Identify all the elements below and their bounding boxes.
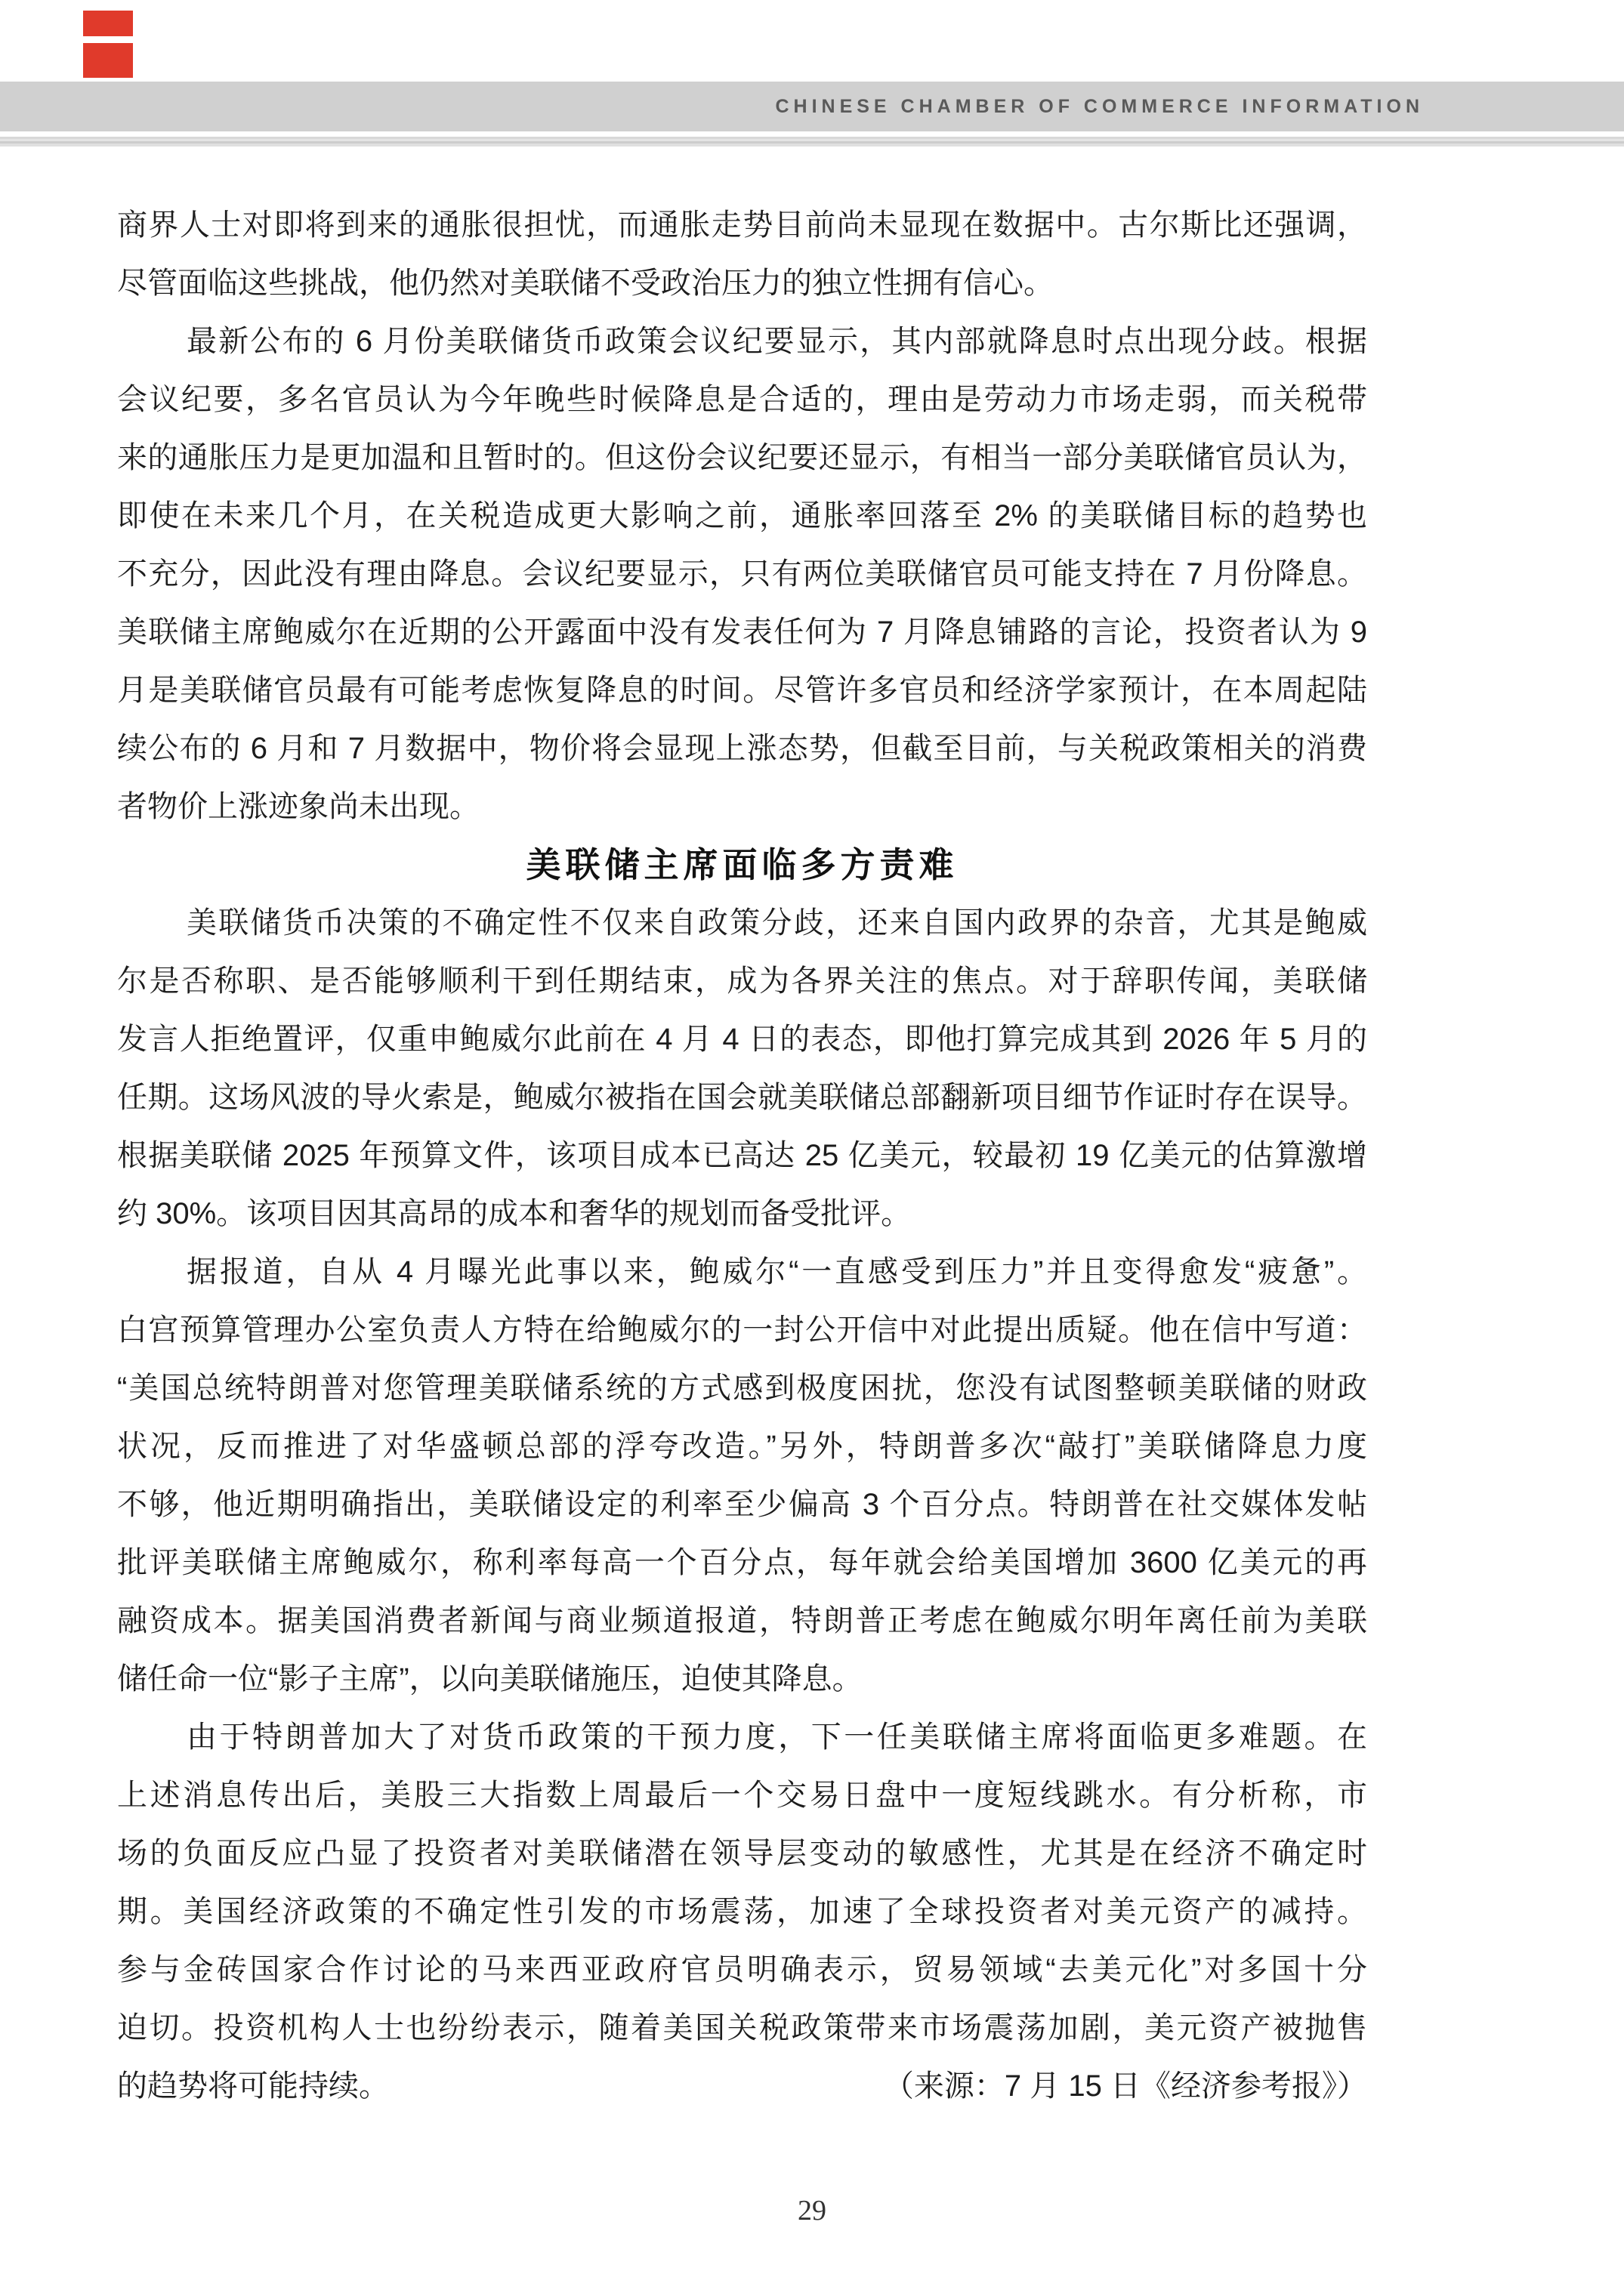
body-line: 尽管面临这些挑战，他仍然对美联储不受政治压力的独立性拥有信心。 xyxy=(117,255,1367,313)
header-banner-text: CHINESE CHAMBER OF COMMERCE INFORMATION xyxy=(775,82,1424,131)
body-line: 场的负面反应凸显了投资者对美联储潜在领导层变动的敏感性，尤其是在经济不确定时 xyxy=(117,1825,1367,1883)
body-line: 最新公布的 6 月份美联储货币政策会议纪要显示，其内部就降息时点出现分歧。根据 xyxy=(117,313,1367,371)
body-line: 不够，他近期明确指出，美联储设定的利率至少偏高 3 个百分点。特朗普在社交媒体发… xyxy=(117,1476,1367,1534)
page-number: 29 xyxy=(0,2194,1624,2227)
body-line: “美国总统特朗普对您管理美联储系统的方式感到极度困扰，您没有试图整顿美联储的财政 xyxy=(117,1359,1367,1418)
closing-text: 的趋势将可能持续。 xyxy=(117,2057,389,2116)
body-line: 发言人拒绝置评，仅重申鲍威尔此前在 4 月 4 日的表态，即他打算完成其到 20… xyxy=(117,1011,1367,1069)
header-banner-bar: CHINESE CHAMBER OF COMMERCE INFORMATION xyxy=(0,82,1624,131)
red-logo-mark-top xyxy=(83,11,133,36)
article-body: 商界人士对即将到来的通胀很担忧，而通胀走势目前尚未显现在数据中。古尔斯比还强调，… xyxy=(117,196,1367,2057)
body-line: 参与金砖国家合作讨论的马来西亚政府官员明确表示，贸易领域“去美元化”对多国十分 xyxy=(117,1941,1367,1999)
body-line: 任期。这场风波的导火索是，鲍威尔被指在国会就美联储总部翻新项目细节作证时存在误导… xyxy=(117,1069,1367,1127)
body-line: 状况，反而推进了对华盛顿总部的浮夸改造。”另外，特朗普多次“敲打”美联储降息力度 xyxy=(117,1418,1367,1476)
body-line: 批评美联储主席鲍威尔，称利率每高一个百分点，每年就会给美国增加 3600 亿美元… xyxy=(117,1534,1367,1592)
body-line: 续公布的 6 月和 7 月数据中，物价将会显现上涨态势，但截至目前，与关税政策相… xyxy=(117,720,1367,778)
body-line: 根据美联储 2025 年预算文件，该项目成本已高达 25 亿美元，较最初 19 … xyxy=(117,1127,1367,1185)
body-line: 据报道，自从 4 月曝光此事以来，鲍威尔“一直感受到压力”并且变得愈发“疲惫”。 xyxy=(117,1243,1367,1301)
source-attribution: （来源：7 月 15 日《经济参考报》） xyxy=(884,2057,1367,2116)
red-logo-mark-bottom xyxy=(83,43,133,78)
body-line: 尔是否称职、是否能够顺利干到任期结束，成为各界关注的焦点。对于辞职传闻，美联储 xyxy=(117,952,1367,1011)
body-line: 期。美国经济政策的不确定性引发的市场震荡，加速了全球投资者对美元资产的减持。 xyxy=(117,1883,1367,1941)
body-line: 者物价上涨迹象尚未出现。 xyxy=(117,778,1367,836)
body-line: 来的通胀压力是更加温和且暂时的。但这份会议纪要还显示，有相当一部分美联储官员认为… xyxy=(117,429,1367,487)
article-column: 商界人士对即将到来的通胀很担忧，而通胀走势目前尚未显现在数据中。古尔斯比还强调，… xyxy=(117,196,1367,2116)
body-line: 不充分，因此没有理由降息。会议纪要显示，只有两位美联储官员可能支持在 7 月份降… xyxy=(117,545,1367,603)
section-heading: 美联储主席面临多方责难 xyxy=(117,836,1367,894)
body-line: 迫切。投资机构人士也纷纷表示，随着美国关税政策带来市场震荡加剧，美元资产被抛售 xyxy=(117,1999,1367,2057)
body-line: 由于特朗普加大了对货币政策的干预力度，下一任美联储主席将面临更多难题。在 xyxy=(117,1708,1367,1767)
body-line: 约 30%。该项目因其高昂的成本和奢华的规划而备受批评。 xyxy=(117,1185,1367,1243)
body-line: 白宫预算管理办公室负责人方特在给鲍威尔的一封公开信中对此提出质疑。他在信中写道： xyxy=(117,1301,1367,1359)
body-line: 月是美联储官员最有可能考虑恢复降息的时间。尽管许多官员和经济学家预计，在本周起陆 xyxy=(117,662,1367,720)
closing-line: 的趋势将可能持续。 （来源：7 月 15 日《经济参考报》） xyxy=(117,2057,1367,2116)
body-line: 储任命一位“影子主席”，以向美联储施压，迫使其降息。 xyxy=(117,1650,1367,1708)
body-line: 会议纪要，多名官员认为今年晚些时候降息是合适的，理由是劳动力市场走弱，而关税带 xyxy=(117,371,1367,429)
body-line: 融资成本。据美国消费者新闻与商业频道报道，特朗普正考虑在鲍威尔明年离任前为美联 xyxy=(117,1592,1367,1650)
header-thin-stripe xyxy=(0,137,1624,147)
body-line: 美联储主席鲍威尔在近期的公开露面中没有发表任何为 7 月降息铺路的言论，投资者认… xyxy=(117,603,1367,662)
body-line: 即使在未来几个月，在关税造成更大影响之前，通胀率回落至 2% 的美联储目标的趋势… xyxy=(117,487,1367,545)
body-line: 商界人士对即将到来的通胀很担忧，而通胀走势目前尚未显现在数据中。古尔斯比还强调， xyxy=(117,196,1367,255)
body-line: 美联储货币决策的不确定性不仅来自政策分歧，还来自国内政界的杂音，尤其是鲍威 xyxy=(117,894,1367,952)
body-line: 上述消息传出后，美股三大指数上周最后一个交易日盘中一度短线跳水。有分析称，市 xyxy=(117,1767,1367,1825)
